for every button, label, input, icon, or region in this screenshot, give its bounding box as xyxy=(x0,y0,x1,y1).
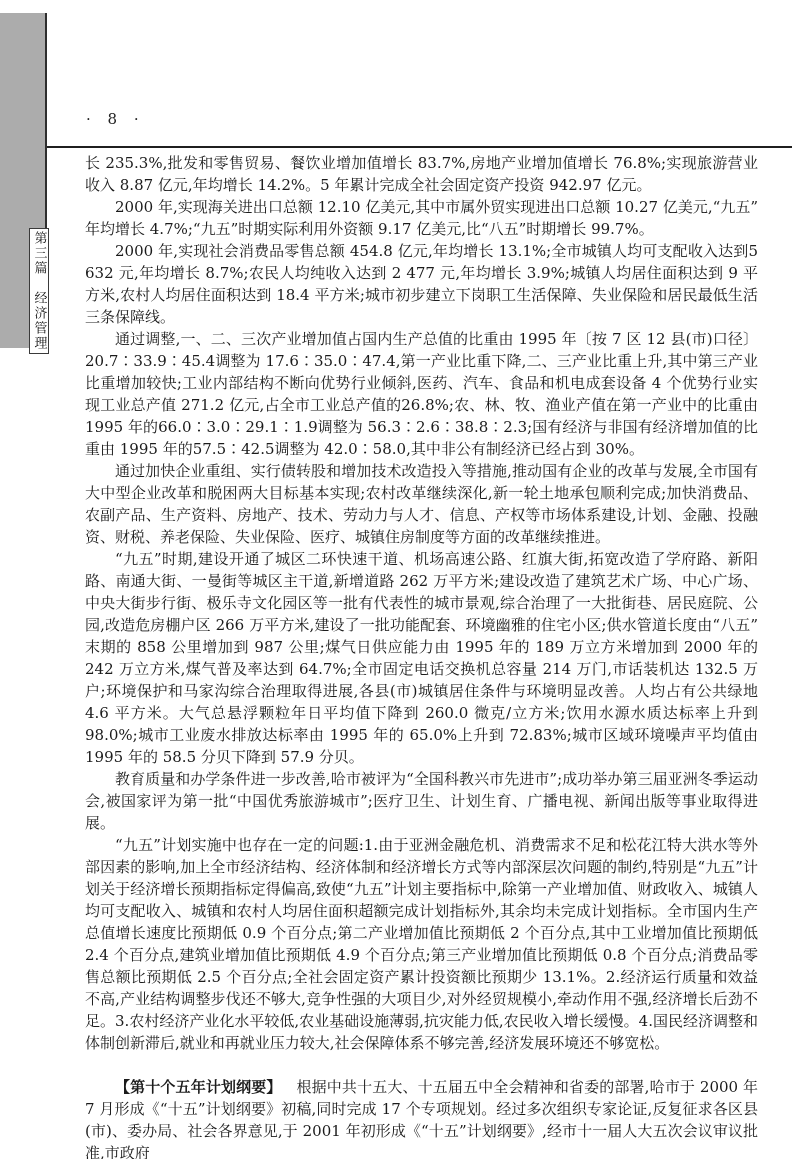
entry-heading: 【第十个五年计划纲要】 xyxy=(115,1078,282,1096)
body-paragraph: “九五”计划实施中也存在一定的问题:1.由于亚洲金融危机、消费需求不足和松花江特… xyxy=(85,834,758,1054)
body-paragraph: 2000 年,实现海关进出口总额 12.10 亿美元,其中市属外贸实现进出口总额… xyxy=(85,196,758,240)
body-paragraph: 通过调整,一、二、三次产业增加值占国内生产总值的比重由 1995 年〔按 7 区… xyxy=(85,328,758,460)
body-paragraph: 教育质量和办学条件进一步改善,哈市被评为“全国科教兴市先进市”;成功举办第三届亚… xyxy=(85,768,758,834)
page-number: · 8 · xyxy=(86,110,145,128)
section-label-box: 第三篇 经济管理 xyxy=(29,228,49,354)
body-paragraph: 长 235.3%,批发和零售贸易、餐饮业增加值增长 83.7%,房地产业增加值增… xyxy=(85,152,758,196)
body-paragraph: 通过加快企业重组、实行债转股和增加技术改造投入等措施,推动国有企业的改革与发展,… xyxy=(85,460,758,548)
body-text: 长 235.3%,批发和零售贸易、餐饮业增加值增长 83.7%,房地产业增加值增… xyxy=(85,152,758,1159)
body-paragraph: “九五”时期,建设开通了城区二环快速干道、机场高速公路、红旗大街,拓宽改造了学府… xyxy=(85,548,758,768)
section-label: 第三篇 经济管理 xyxy=(30,231,49,351)
book-page: 第三篇 经济管理 · 8 · 长 235.3%,批发和零售贸易、餐饮业增加值增长… xyxy=(0,0,800,1159)
body-paragraph: 2000 年,实现社会消费品零售总额 454.8 亿元,年均增长 13.1%;全… xyxy=(85,240,758,328)
entry-paragraph: 【第十个五年计划纲要】根据中共十五大、十五届五中全会精神和省委的部署,哈市于 2… xyxy=(85,1076,758,1159)
header-rule xyxy=(47,146,792,148)
